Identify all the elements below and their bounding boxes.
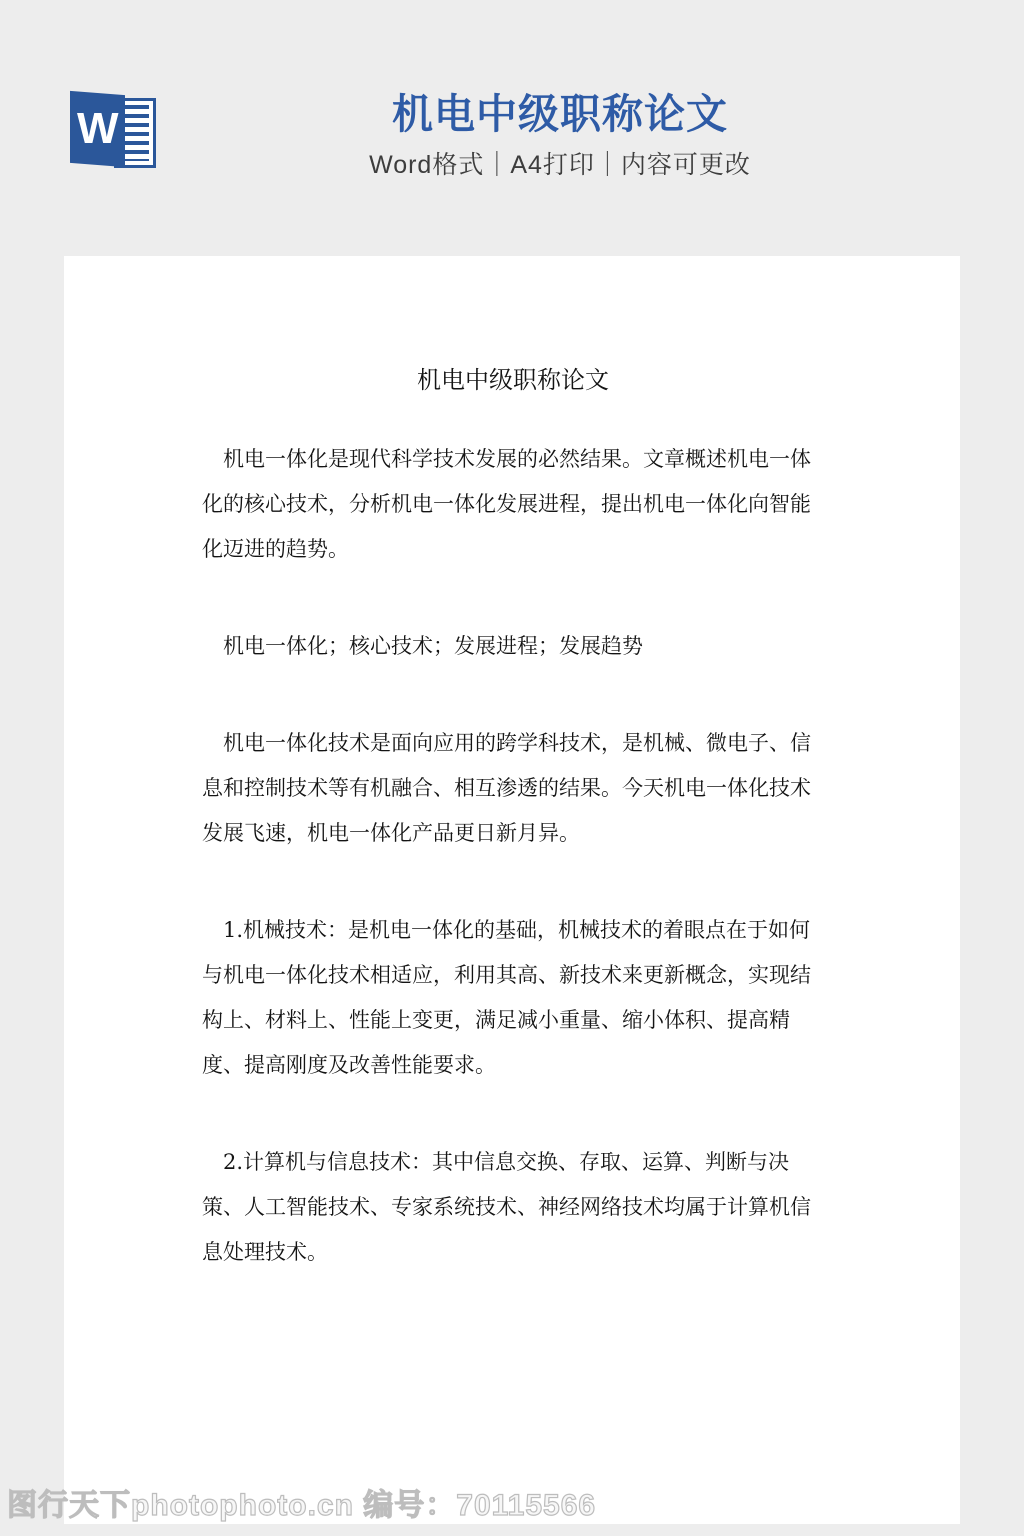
paragraph-item-1: 1.机械技术：是机电一体化的基础，机械技术的着眼点在于如何与机电一体化技术相适应… [202,908,824,1088]
watermark: 图行天下photophoto.cn 编号：70115566 [7,1487,596,1525]
header: W 机电中级职称论文 Word格式｜A4打印｜内容可更改 [64,88,960,198]
page-title: 机电中级职称论文 [160,88,960,140]
word-icon-cover: W [70,91,125,167]
paragraph-intro: 机电一体化技术是面向应用的跨学科技术，是机械、微电子、信息和控制技术等有机融合、… [202,721,824,856]
paragraph-item-2: 2.计算机与信息技术：其中信息交换、存取、运算、判断与决策、人工智能技术、专家系… [202,1140,824,1275]
header-text: 机电中级职称论文 Word格式｜A4打印｜内容可更改 [160,88,960,181]
page-subtitle: Word格式｜A4打印｜内容可更改 [160,149,960,181]
document-body: 机电中级职称论文 机电一体化是现代科学技术发展的必然结果。文章概述机电一体化的核… [202,358,824,1275]
paragraph-abstract: 机电一体化是现代科学技术发展的必然结果。文章概述机电一体化的核心技术，分析机电一… [202,437,824,572]
word-icon-letter: W [77,107,119,151]
document-title: 机电中级职称论文 [202,358,824,403]
paragraph-keywords: 机电一体化；核心技术；发展进程；发展趋势 [202,624,824,669]
document-card: 机电中级职称论文 机电一体化是现代科学技术发展的必然结果。文章概述机电一体化的核… [64,256,960,1524]
word-icon: W [66,90,158,176]
